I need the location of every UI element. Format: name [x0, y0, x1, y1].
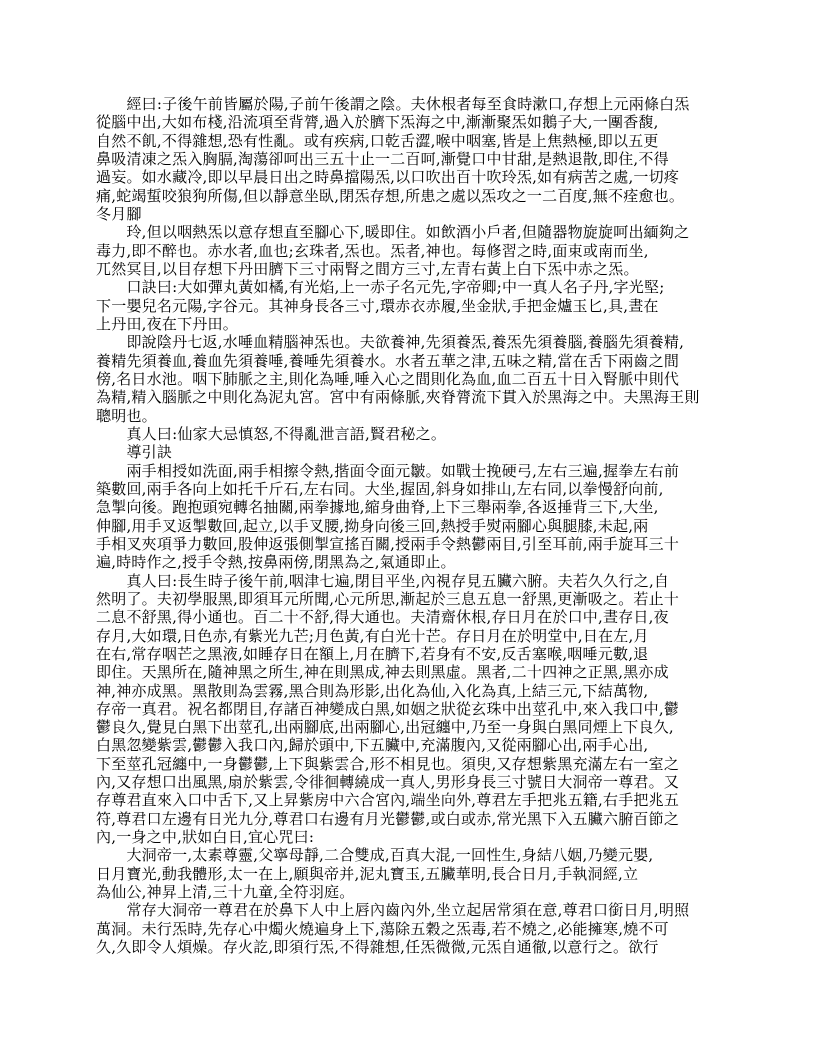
text-line: 急掣向後。跑抱頭宛轉名抽關,兩拳據地,縮身曲脊,上下三舉兩拳,各返捶背三下,大坐…	[96, 498, 720, 516]
text-line: 經曰:子後午前皆屬於陽,子前午後謂之陰。夫休根者每至食時漱口,存想上元兩條白炁	[96, 95, 720, 113]
text-line: 符,尊君口左邊有日光九分,尊君口右邊有月光鬱鬱,或白或赤,常光黑下入五臟六腑百節…	[96, 810, 720, 828]
text-line: 伸腳,用手叉返掣數回,起立,以手叉腰,拗身向後三回,熱授手熨兩腳心與腿膝,未起,…	[96, 517, 720, 535]
text-line: 兩手相授如洗面,兩手相擦令熱,揩面令面元皺。如戰士挽硬弓,左右三遍,握拳左右前	[96, 462, 720, 480]
text-line: 二息不舒黑,得小通也。百二十不舒,得大通也。夫清齋休根,存日月在於口中,晝存日,…	[96, 608, 720, 626]
text-line: 上丹田,夜在下丹田。	[96, 315, 720, 333]
text-line: 為仙公,神昇上清,三十九童,全符羽庭。	[96, 883, 720, 901]
text-line: 鬱良久,覺見白黑下出莖孔,出兩腳底,出兩腳心,出冠纏中,乃至一身與白黑同煙上下良…	[96, 718, 720, 736]
text-line: 導引訣	[96, 443, 720, 461]
text-line: 遍,時時作之,授手令熱,按鼻兩傍,閉黑為之,氣通即止。	[96, 553, 720, 571]
text-line: 內,一身之中,狀如白日,宜心咒曰:	[96, 828, 720, 846]
text-line: 下一嬰兒名元陽,字谷元。其神身長各三寸,環赤衣赤履,坐金狀,手把金爐玉匕,具,晝…	[96, 297, 720, 315]
text-line: 即住。天黑所在,隨神黑之所生,神在則黑成,神去則黑虛。黑者,二十四神之正黑,黑亦…	[96, 663, 720, 681]
text-line: 為精,精入腦脈之中則化為泥丸宮。宮中有兩條脈,夾脊膂流下貫入於黑海之中。夫黑海王…	[96, 388, 720, 406]
text-line: 鼻吸清凍之炁入胸膈,淘蕩卻呵出三五十止一二百呵,漸覺口中甘甜,是熱退散,即住,不…	[96, 150, 720, 168]
text-line: 白黑忽變紫雲,鬱鬱入我口內,歸於頭中,下五臟中,充滿腹內,又從兩腳心出,兩手心出…	[96, 736, 720, 754]
text-line: 真人曰:仙家大忌慎怒,不得亂泄言語,賢君秘之。	[96, 425, 720, 443]
document-page: 經曰:子後午前皆屬於陽,子前午後謂之陰。夫休根者每至食時漱口,存想上元兩條白炁從…	[0, 0, 816, 1056]
text-line: 在右,常存咽芒之黑液,如睡存日在額上,月在臍下,若身有不安,反舌塞喉,咽唾元數,…	[96, 645, 720, 663]
text-line: 神,神亦成黑。黑散則為雲霧,黑合則為形影,出化為仙,入化為真,上結三元,下結萬物…	[96, 682, 720, 700]
text-line: 自然不飢,不得雜想,恐有性亂。或有疾病,口乾舌澀,喉中咽塞,皆是上焦熱極,即以五…	[96, 132, 720, 150]
text-line: 過妄。如水藏冷,即以早晨日出之時鼻擋陽炁,以口吹出百十吹玲炁,如有病苦之處,一切…	[96, 168, 720, 186]
text-line: 然明了。夫初學服黑,即須耳元所聞,心元所思,漸起於三息五息一舒黑,更漸吸之。若止…	[96, 590, 720, 608]
text-line: 築數回,兩手各向上如托千斤石,左右同。大坐,握固,斜身如排山,左右同,以拳慢舒向…	[96, 480, 720, 498]
text-line: 痛,蛇竭蜇咬狼狗所傷,但以靜意坐臥,閉炁存想,所患之處以炁攻之一二百度,無不痊愈…	[96, 187, 720, 205]
text-line: 口訣曰:大如彈丸黃如橘,有光焰,上一赤子名元先,字帝卿;中一真人名子丹,字光堅;	[96, 278, 720, 296]
text-line: 聰明也。	[96, 407, 720, 425]
text-line: 久,久即令人煩燥。存火訖,即須行炁,不得雜想,任炁微微,元炁自通徹,以意行之。欲…	[96, 938, 720, 956]
text-line: 下至莖孔冠纏中,一身鬱鬱,上下與紫雲合,形不相見也。須臾,又存想紫黑充滿左右一室…	[96, 755, 720, 773]
text-line: 日月寶光,動我體形,太一在上,願與帝并,泥丸寶玉,五臟華明,長合日月,手執洞經,…	[96, 865, 720, 883]
text-line: 大洞帝一,太素尊靈,父寧母靜,二合雙成,百真大混,一回性生,身結八姻,乃變元嬰,	[96, 846, 720, 864]
text-line: 手相叉夾項爭力數回,股伸返張側掣宣搖百關,授兩手令熱鬱兩目,引至耳前,兩手旋耳三…	[96, 535, 720, 553]
text-line: 玲,但以咽熱炁以意存想直至腳心下,暖即住。如飲酒小戶者,但隨器物旋旋呵出緬夠之	[96, 223, 720, 241]
text-line: 養精先須養血,養血先須養唾,養唾先須養水。水者五華之津,五味之精,當在舌下兩齒之…	[96, 352, 720, 370]
text-line: 真人曰:長生時子後午前,咽津七遍,閉目平坐,內視存見五臟六腑。夫若久久行之,自	[96, 572, 720, 590]
text-line: 毒力,即不醉也。赤水者,血也;玄珠者,炁也。炁者,神也。每修習之時,面束或南而坐…	[96, 242, 720, 260]
text-line: 兀然冥目,以目存想下丹田臍下三寸兩腎之間方三寸,左青右黃上白下炁中赤之炁。	[96, 260, 720, 278]
text-line: 冬月腳	[96, 205, 720, 223]
page-text: 經曰:子後午前皆屬於陽,子前午後謂之陰。夫休根者每至食時漱口,存想上元兩條白炁從…	[96, 95, 720, 956]
text-line: 存帝一真君。祝名都閉目,存諸百神變成白黑,如姻之狀從玄珠中出莖孔中,來入我口中,…	[96, 700, 720, 718]
text-line: 萬洞。未行炁時,先存心中燭火燒遍身上下,蕩除五穀之炁毒,若不燒之,必能擁寒,燒不…	[96, 920, 720, 938]
text-line: 內,又存想口出風黑,扇於紫雲,令徘徊轉繞成一真人,男形身長三寸號日大洞帝一尊君。…	[96, 773, 720, 791]
text-line: 常存大洞帝一尊君在於鼻下人中上唇內齒內外,坐立起居常須在意,尊君口銜日月,明照	[96, 901, 720, 919]
text-line: 存尊君直來入口中舌下,又上昇紫房中六合宮內,端坐向外,尊君左手把兆五籍,右手把兆…	[96, 791, 720, 809]
text-line: 存月,大如環,日色赤,有紫光九芒;月色黃,有白光十芒。存日月在於明堂中,日在左,…	[96, 627, 720, 645]
text-line: 即說陰丹七返,水唾血精腦神炁也。夫欲養神,先須養炁,養炁先須養腦,養腦先須養精,	[96, 333, 720, 351]
text-line: 傍,名日水池。咽下肺脈之主,則化為唾,唾入心之間則化為血,血二百五十日入腎脈中則…	[96, 370, 720, 388]
text-line: 從腦中出,大如布棧,沿流項至背膂,過入於臍下炁海之中,漸漸聚炁如鵝子大,一團香馥…	[96, 113, 720, 131]
